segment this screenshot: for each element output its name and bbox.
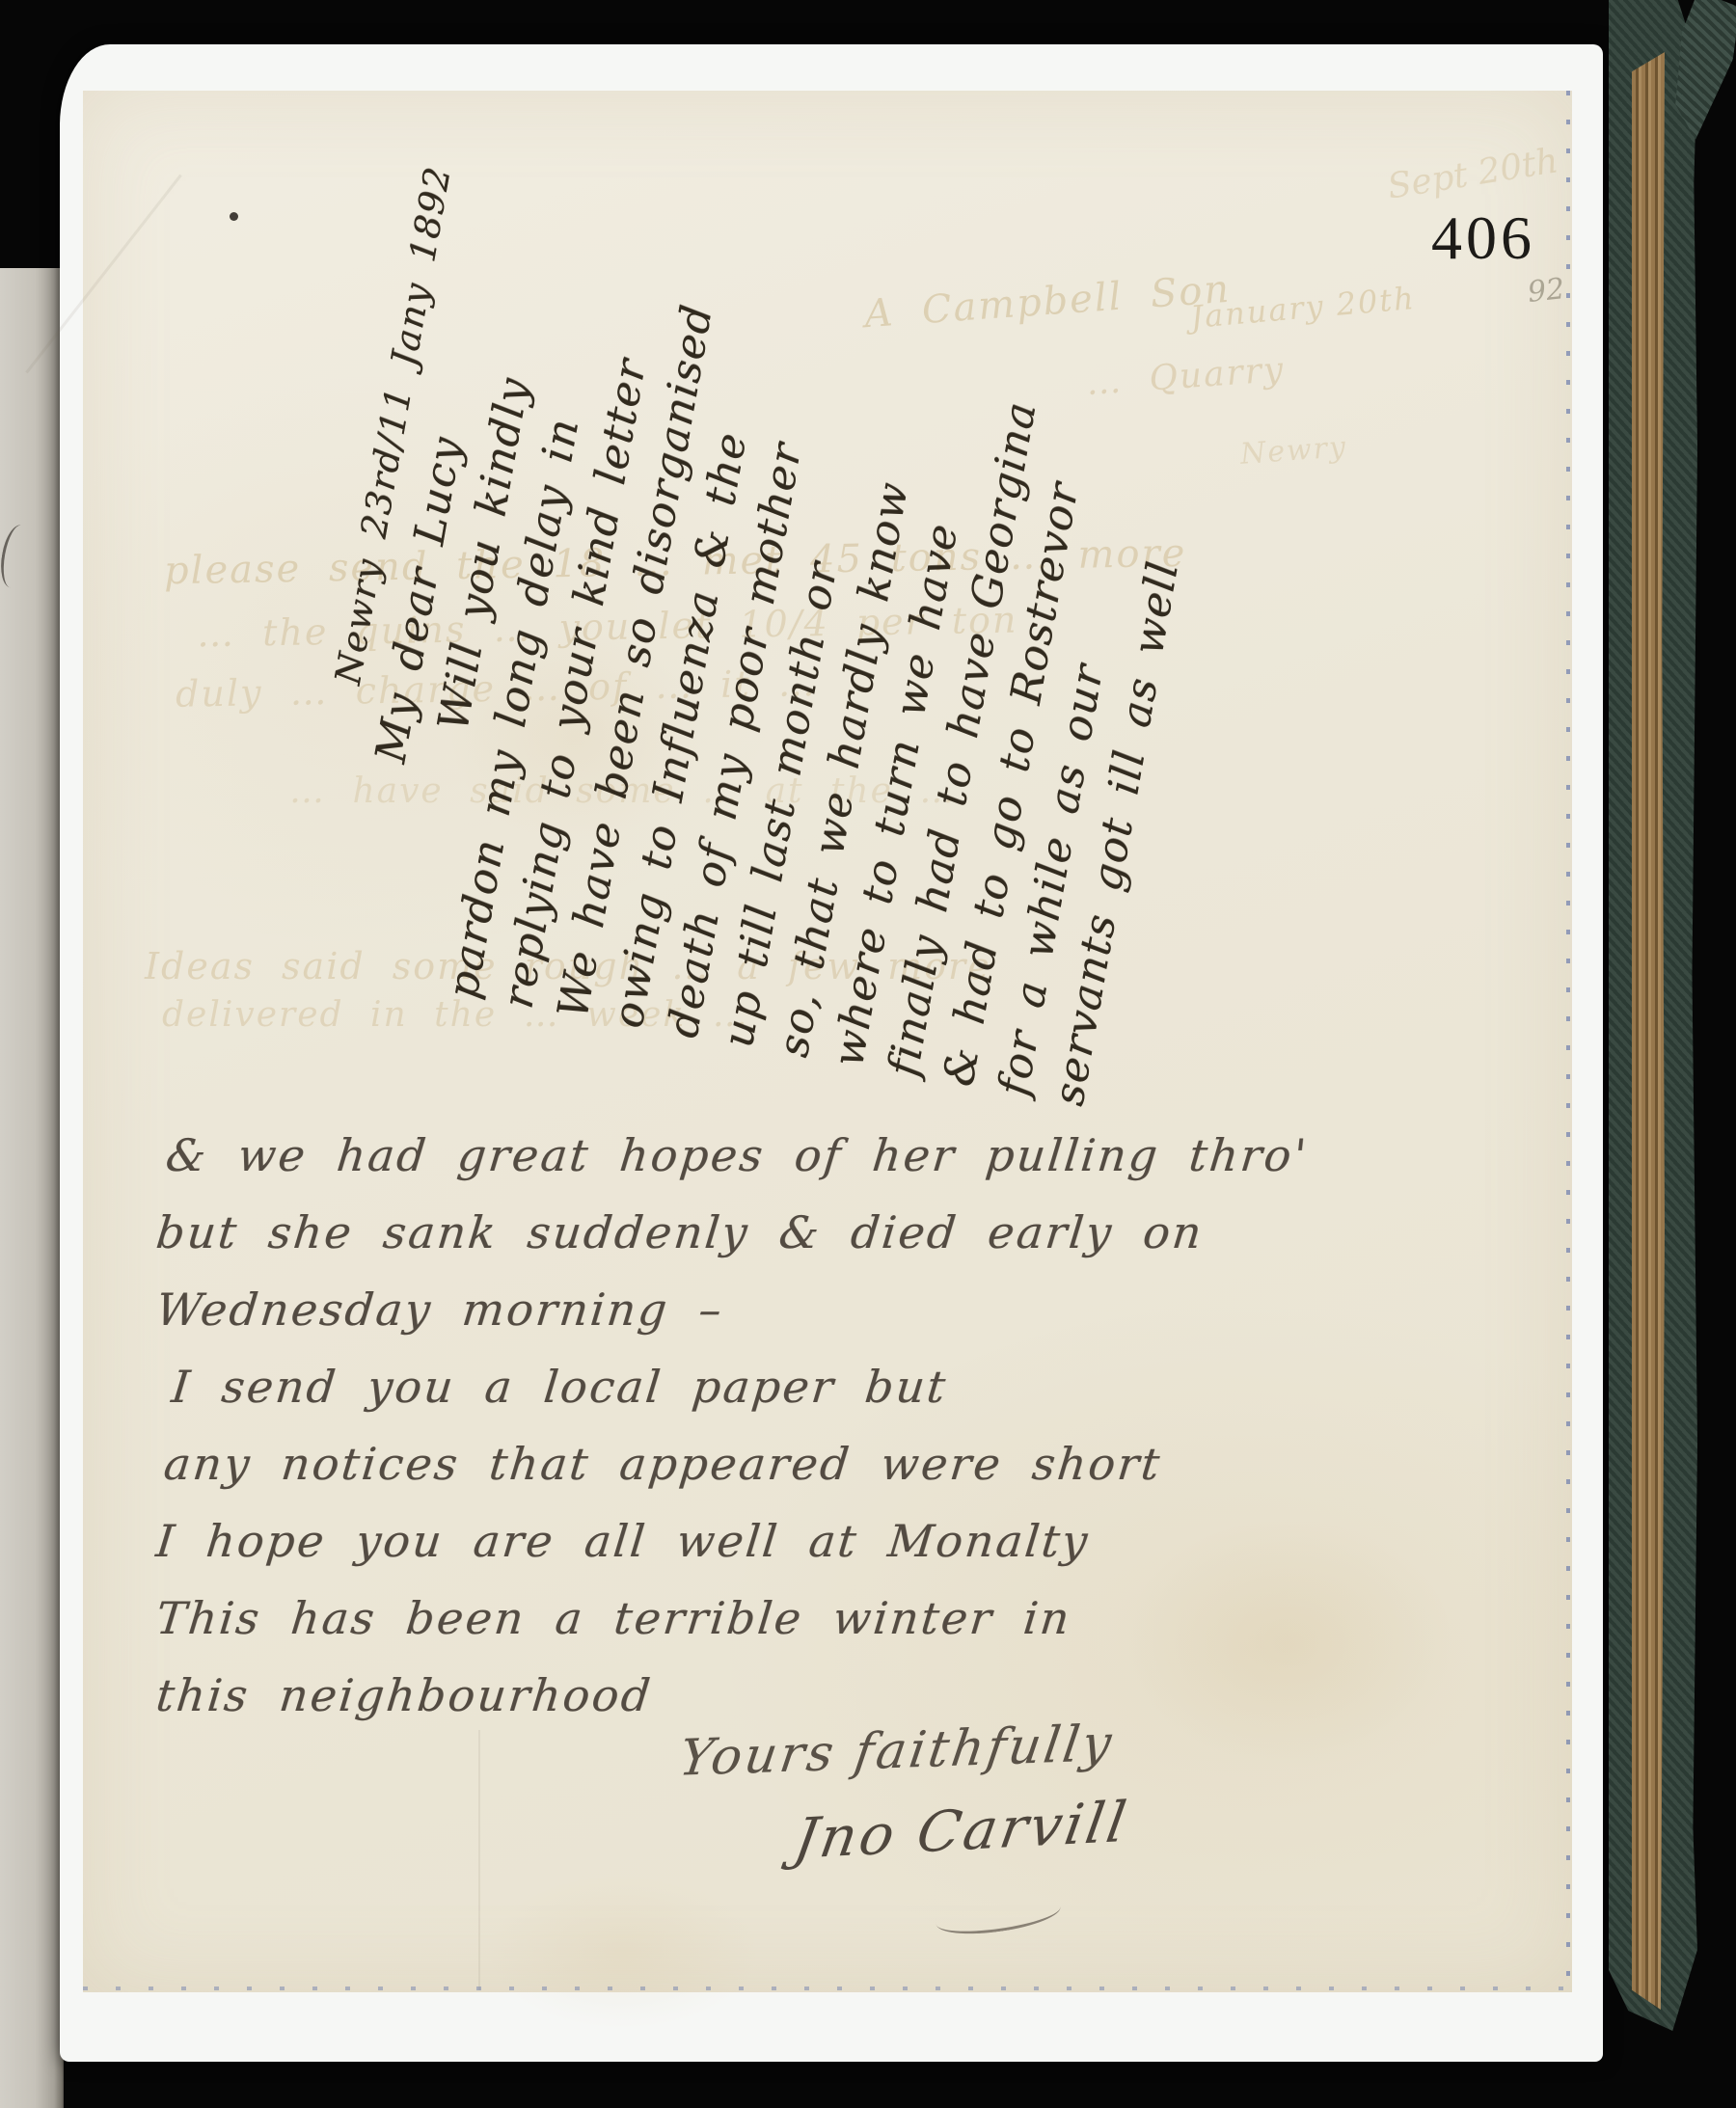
letter-line: any notices that appeared were short	[152, 1425, 1530, 1502]
letter-line: I send you a local paper but	[152, 1348, 1530, 1425]
page-crease	[478, 1730, 480, 1990]
ink-spot	[230, 212, 238, 221]
book-page-edges	[1632, 52, 1665, 2010]
letter-line: but she sank suddenly & died early on	[152, 1194, 1530, 1271]
body-letter: & we had great hopes of her pulling thro…	[152, 1117, 1522, 1734]
letter-line: Wednesday morning –	[152, 1271, 1530, 1348]
ghost-text-line: Newry	[1239, 430, 1348, 472]
pencil-annotation-flourish: Sept 20th	[1385, 141, 1561, 206]
signature: Jno Carvill	[790, 1789, 1133, 1872]
pencil-annotation-year: 92	[1526, 272, 1566, 310]
letter-line: I hope you are all well at Monalty	[152, 1502, 1530, 1580]
letter-line: & we had great hopes of her pulling thro…	[152, 1117, 1530, 1194]
perforation-dots-bottom	[83, 1986, 1572, 1990]
rotated-letter: Newry 23rd/11 Jany 1892 My dear Lucy Wil…	[270, 185, 1234, 1110]
letter-line: This has been a terrible winter in	[152, 1580, 1530, 1657]
letterbook-page: A Campbell Son … Quarry Newry please sen…	[83, 91, 1572, 1992]
signature-flourish	[934, 1891, 1062, 1940]
page-number: 406	[1431, 203, 1624, 274]
letter-line: this neighbourhood	[152, 1657, 1530, 1734]
scanned-letterbook-photo: A Campbell Son … Quarry Newry please sen…	[0, 0, 1736, 2108]
perforation-dots-right	[1566, 91, 1570, 1992]
